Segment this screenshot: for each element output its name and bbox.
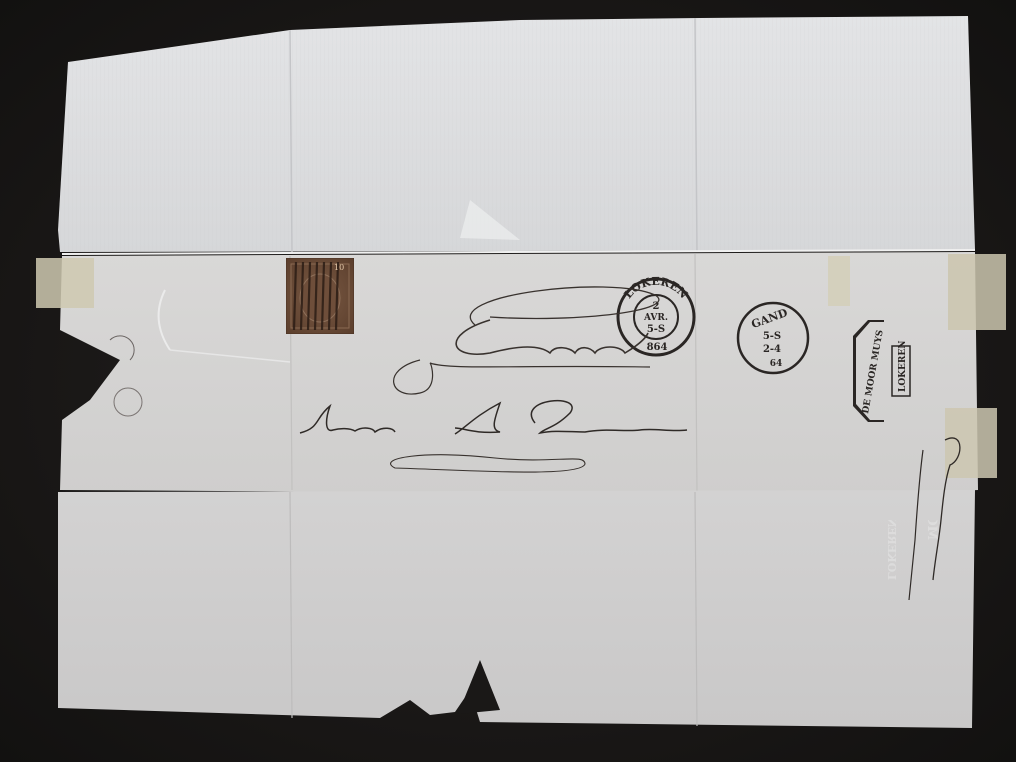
postage-stamp: 10 (286, 258, 354, 334)
svg-text:LOKEREN: LOKEREN (885, 520, 898, 580)
svg-text:MOORMANS: MOORMANS (924, 520, 939, 540)
svg-text:10: 10 (334, 263, 344, 272)
svg-text:DE MOOR MUYS: DE MOOR MUYS (861, 329, 886, 414)
postmark-gand: GAND 5-S 2-4 64 (730, 296, 816, 380)
letterhead-showthrough: MOORMANS LOKEREN (880, 520, 940, 700)
svg-text:64: 64 (770, 359, 783, 369)
svg-text:LOKEREN: LOKEREN (898, 341, 908, 392)
svg-text:Gand: Gand (380, 275, 423, 279)
forwarder-cachet: DE MOOR MUYS LOKEREN (850, 318, 920, 424)
address-city: Gand Gand (380, 275, 680, 395)
svg-text:5-S: 5-S (763, 331, 781, 342)
address-recipient: Monsieur A. Voortman (295, 398, 695, 478)
svg-text:GAND: GAND (750, 306, 790, 331)
svg-text:2-4: 2-4 (763, 344, 781, 355)
bottom-panel (58, 490, 975, 728)
faint-offset-marks (100, 330, 160, 430)
top-panel (58, 16, 975, 252)
